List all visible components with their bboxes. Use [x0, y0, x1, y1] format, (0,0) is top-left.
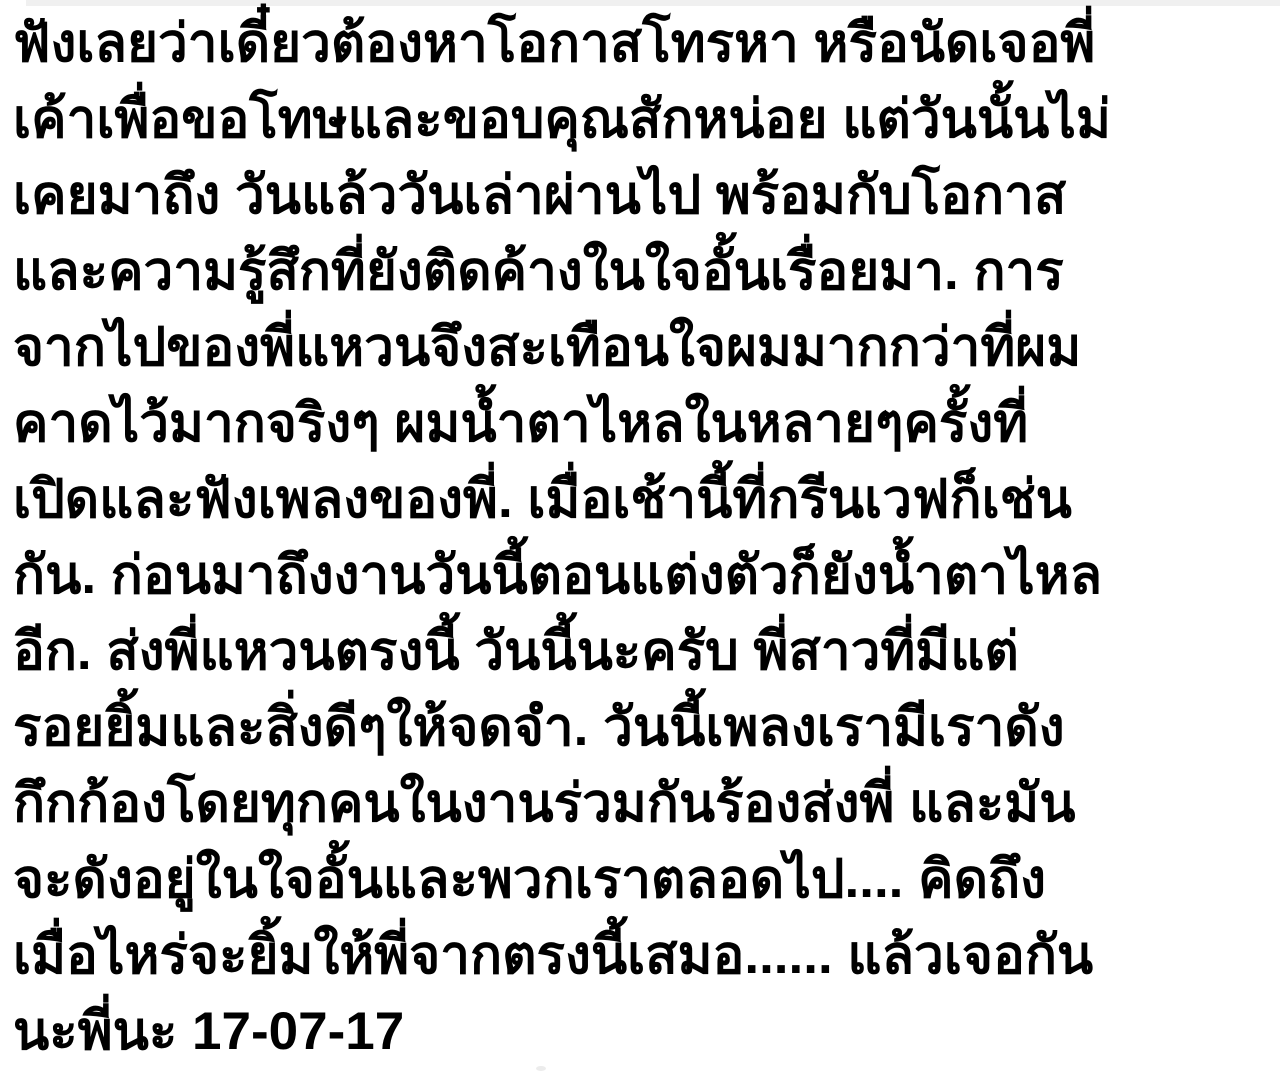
text-line-6: คาดไว้มากจริงๆ ผมน้ำตาไหลในหลายๆครั้งที่	[13, 386, 1269, 462]
smudge-mark	[536, 1066, 546, 1071]
text-line-1: ฟังเลยว่าเดี๋ยวต้องหาโอกาสโทรหา หรือนัดเ…	[13, 6, 1269, 82]
text-line-4: และความรู้สึกที่ยังติดค้างในใจอั้นเรื่อย…	[13, 234, 1269, 310]
text-line-5: จากไปของพี่แหวนจึงสะเทือนใจผมมากกว่าที่ผ…	[13, 310, 1269, 386]
text-line-14: นะพี่นะ 17-07-17	[13, 994, 1269, 1070]
text-line-13: เมื่อไหร่จะยิ้มให้พี่จากตรงนี้เสมอ......…	[13, 918, 1269, 994]
text-line-11: กึกก้องโดยทุกคนในงานร่วมกันร้องส่งพี่ แล…	[13, 766, 1269, 842]
text-block: ฟังเลยว่าเดี๋ยวต้องหาโอกาสโทรหา หรือนัดเ…	[13, 6, 1269, 1070]
text-line-8: กัน. ก่อนมาถึงงานวันนี้ตอนแต่งตัวก็ยังน้…	[13, 538, 1269, 614]
text-line-7: เปิดและฟังเพลงของพี่. เมื่อเช้านี้ที่กรี…	[13, 462, 1269, 538]
text-line-9: อีก. ส่งพี่แหวนตรงนี้ วันนี้นะครับ พี่สา…	[13, 614, 1269, 690]
text-line-3: เคยมาถึง วันแล้ววันเล่าผ่านไป พร้อมกับโอ…	[13, 158, 1269, 234]
text-line-10: รอยยิ้มและสิ่งดีๆให้จดจำ. วันนี้เพลงเราม…	[13, 690, 1269, 766]
text-line-12: จะดังอยู่ในใจอั้นและพวกเราตลอดไป.... คิด…	[13, 842, 1269, 918]
text-line-2: เค้าเพื่อขอโทษและขอบคุณสักหน่อย แต่วันนั…	[13, 82, 1269, 158]
